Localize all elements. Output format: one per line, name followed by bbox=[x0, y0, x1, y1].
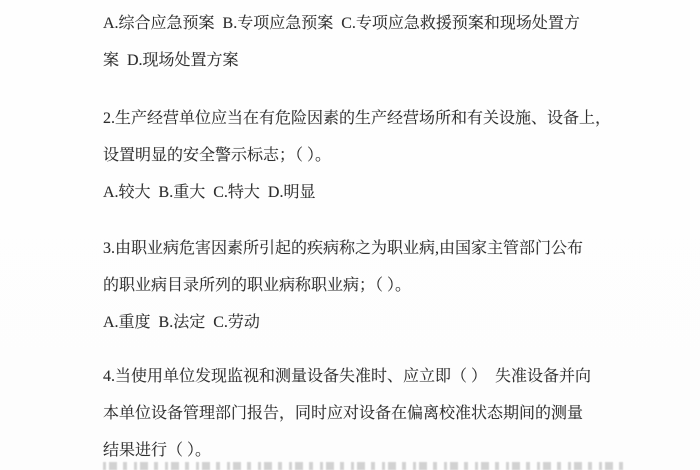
question-2-block: 2.生产经营单位应当在有危险因素的生产经营场所和有关设施、设备上， 设置明显的安… bbox=[103, 100, 615, 211]
clipped-text-strokes bbox=[103, 462, 625, 470]
question-3-block: 3.由职业病危害因素所引起的疾病称之为职业病,由国家主管部门公布 的职业病目录所… bbox=[103, 230, 615, 341]
document-text-column: A.综合应急预案 B.专项应急预案 C.专项应急救援预案和现场处置方 案 D.现… bbox=[103, 5, 615, 469]
document-page: A.综合应急预案 B.专项应急预案 C.专项应急救援预案和现场处置方 案 D.现… bbox=[0, 0, 700, 470]
option-line: A.较大 B.重大 C.特大 D.明显 bbox=[103, 174, 615, 211]
question-1-options-block: A.综合应急预案 B.专项应急预案 C.专项应急救援预案和现场处置方 案 D.现… bbox=[103, 5, 615, 79]
question-stem-line: 的职业病目录所列的职业病称职业病；（ ）。 bbox=[103, 267, 615, 304]
question-4-block: 4.当使用单位发现监视和测量设备失准时、应立即（ ） 失准设备并向 本单位设备管… bbox=[103, 358, 615, 469]
option-line: 案 D.现场处置方案 bbox=[103, 42, 615, 79]
question-stem-line: 2.生产经营单位应当在有危险因素的生产经营场所和有关设施、设备上， bbox=[103, 100, 615, 137]
clipped-next-line bbox=[103, 462, 625, 470]
option-line: A.重度 B.法定 C.劳动 bbox=[103, 304, 615, 341]
question-stem-line: 4.当使用单位发现监视和测量设备失准时、应立即（ ） 失准设备并向 bbox=[103, 358, 615, 395]
question-stem-line: 设置明显的安全警示标志；（ ）。 bbox=[103, 137, 615, 174]
question-stem-line: 本单位设备管理部门报告，同时应对设备在偏离校准状态期间的测量 bbox=[103, 395, 615, 432]
option-line: A.综合应急预案 B.专项应急预案 C.专项应急救援预案和现场处置方 bbox=[103, 5, 615, 42]
question-stem-line: 3.由职业病危害因素所引起的疾病称之为职业病,由国家主管部门公布 bbox=[103, 230, 615, 267]
